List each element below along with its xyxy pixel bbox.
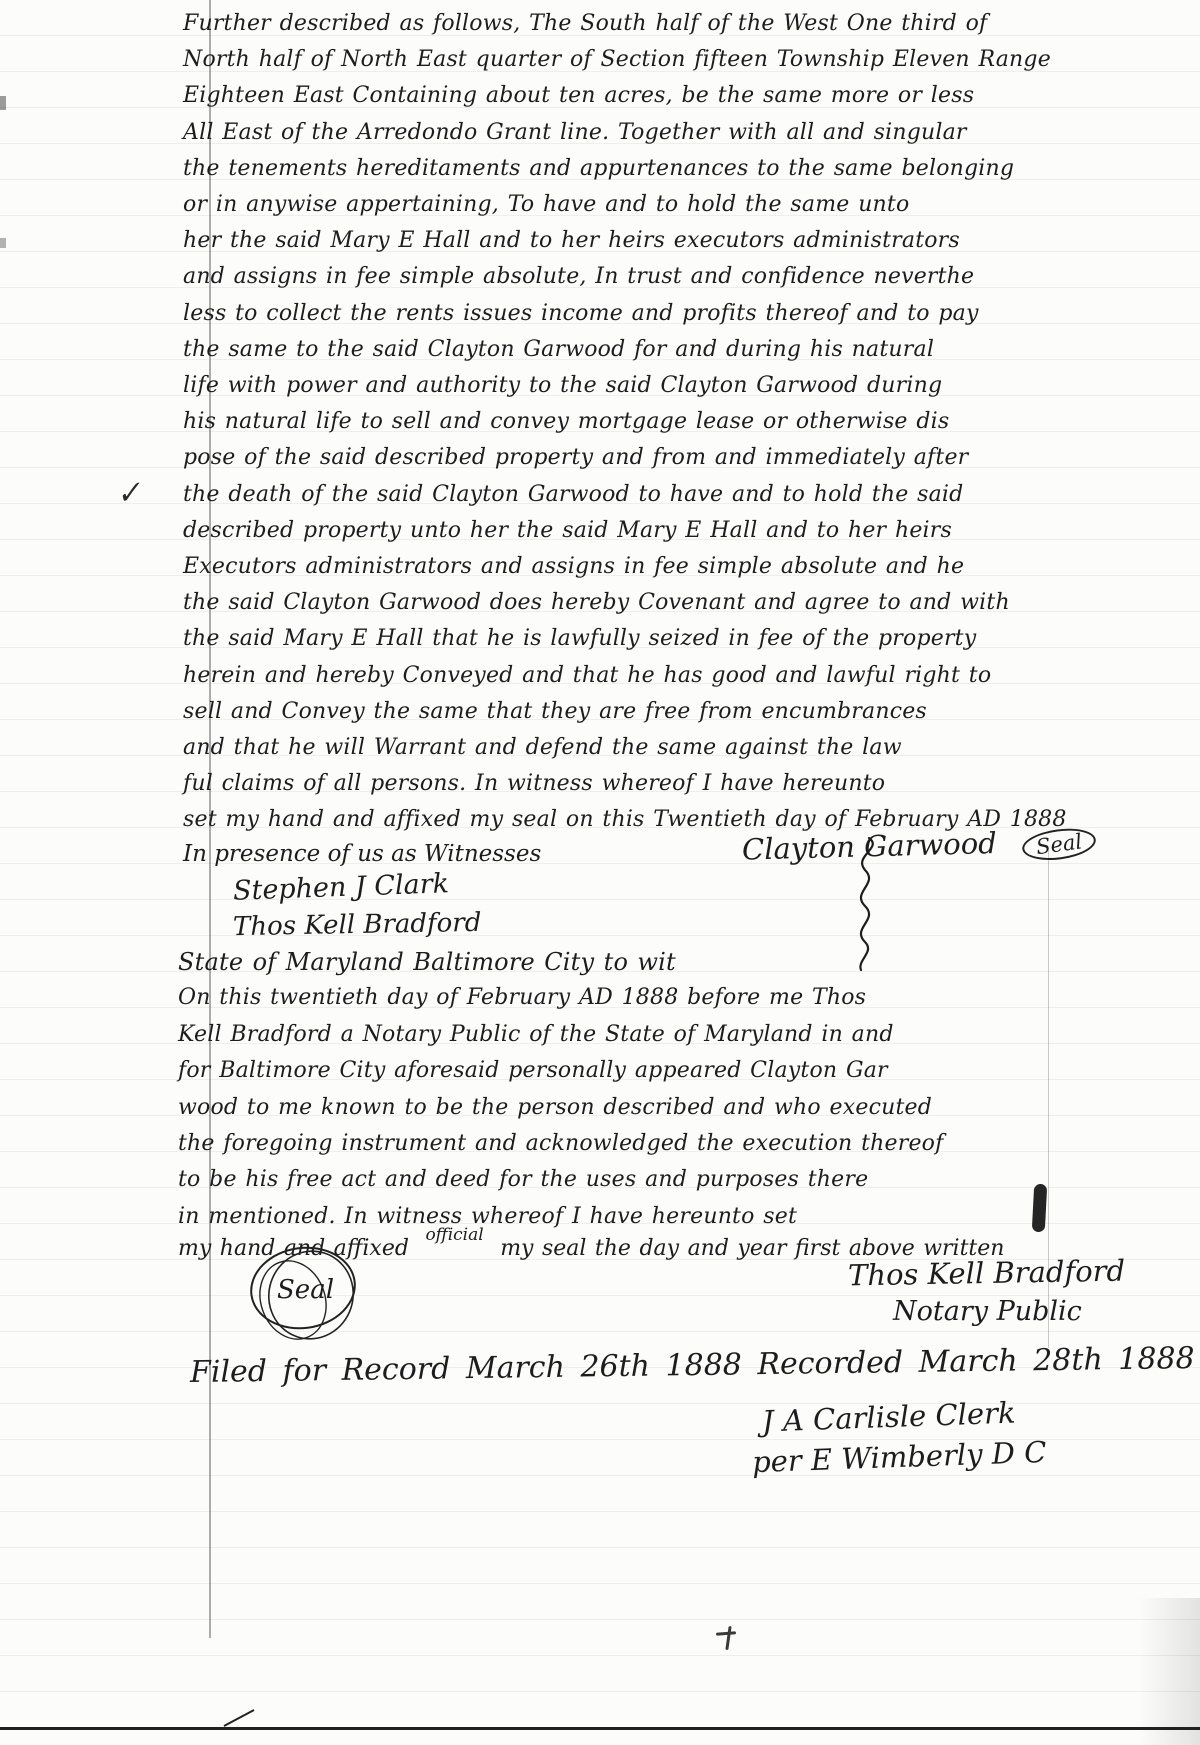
deed-body-line: the said Mary E Hall that he is lawfully… (183, 621, 1067, 657)
acknowledgment-text: State of Maryland Baltimore City to witO… (178, 944, 943, 1235)
deed-body-line: North half of North East quarter of Sect… (183, 42, 1067, 78)
inserted-word: official (425, 1225, 483, 1245)
ink-speck-vertical (725, 1626, 731, 1650)
deed-body-line: ful claims of all persons. In witness wh… (183, 766, 1067, 802)
witness-signature-1: Stephen J Clark (233, 868, 450, 907)
scan-bottom-edge (0, 1727, 1200, 1730)
acknowledgment-line: Kell Bradford a Notary Public of the Sta… (178, 1017, 943, 1053)
deed-body-line: All East of the Arredondo Grant line. To… (183, 115, 1067, 151)
notary-seal-scribble-icon: Seal (243, 1240, 375, 1348)
ink-blob (1032, 1184, 1047, 1233)
deed-body-line: life with power and authority to the sai… (183, 368, 1067, 404)
deed-body-line: Executors administrators and assigns in … (183, 549, 1067, 585)
clerk-signature: J A Carlisle Clerk (761, 1396, 1016, 1439)
witness-signature-2: Thos Kell Bradford (233, 908, 482, 942)
deed-body-line: pose of the said described property and … (183, 440, 1067, 476)
deed-body-line: sell and Convey the same that they are f… (183, 694, 1067, 730)
deed-body-line: or in anywise appertaining, To have and … (183, 187, 1067, 223)
acknowledgment-line: to be his free act and deed for the uses… (178, 1162, 943, 1198)
acknowledgment-line: On this twentieth day of February AD 188… (178, 980, 943, 1016)
deed-body-text: Further described as follows, The South … (183, 6, 1067, 839)
deed-body-line: the same to the said Clayton Garwood for… (183, 332, 1067, 368)
scanned-deed-page: ✓ Further described as follows, The Sout… (0, 0, 1200, 1745)
acknowledgment-line: the foregoing instrument and acknowledge… (178, 1126, 943, 1162)
notary-title: Notary Public (893, 1296, 1082, 1327)
deed-body-line: Further described as follows, The South … (183, 6, 1067, 42)
recording-filed-line: Filed for Record March 26th 1888 Recorde… (190, 1341, 1195, 1390)
acknowledgment-line: in mentioned. In witness whereof I have … (178, 1199, 943, 1235)
acknowledgment-line: wood to me known to be the person descri… (178, 1090, 943, 1126)
deed-body-line: her the said Mary E Hall and to her heir… (183, 223, 1067, 259)
margin-checkmark: ✓ (114, 474, 144, 512)
deed-body-line: and assigns in fee simple absolute, In t… (183, 259, 1067, 295)
acknowledgment-line: for Baltimore City aforesaid personally … (178, 1053, 943, 1089)
notary-seal-label: Seal (277, 1275, 334, 1305)
notary-signature: Thos Kell Bradford (848, 1254, 1126, 1293)
deed-body-line: the tenements hereditaments and appurten… (183, 151, 1067, 187)
deed-body-line: his natural life to sell and convey mort… (183, 404, 1067, 440)
scan-bottom-notch (224, 1709, 255, 1727)
deed-body-line: and that he will Warrant and defend the … (183, 730, 1067, 766)
deed-body-line: less to collect the rents issues income … (183, 296, 1067, 332)
ink-speck-horizontal (716, 1631, 736, 1635)
edge-smudge (0, 238, 6, 248)
deed-body-line: herein and hereby Conveyed and that he h… (183, 658, 1067, 694)
deed-body-line: Eighteen East Containing about ten acres… (183, 78, 1067, 114)
witness-intro: In presence of us as Witnesses (183, 841, 541, 867)
edge-smudge (0, 96, 6, 110)
deputy-clerk-signature: per E Wimberly D C (751, 1435, 1046, 1479)
grantor-signature-name: Clayton Garwood (742, 826, 998, 867)
acknowledgment-line: State of Maryland Baltimore City to wit (178, 944, 943, 980)
scan-corner-noise (1138, 1598, 1200, 1745)
inline-seal-icon: Seal (1020, 825, 1097, 864)
deed-body-line: described property unto her the said Mar… (183, 513, 1067, 549)
deed-body-line: the said Clayton Garwood does hereby Cov… (183, 585, 1067, 621)
deed-body-line: the death of the said Clayton Garwood to… (183, 477, 1067, 513)
